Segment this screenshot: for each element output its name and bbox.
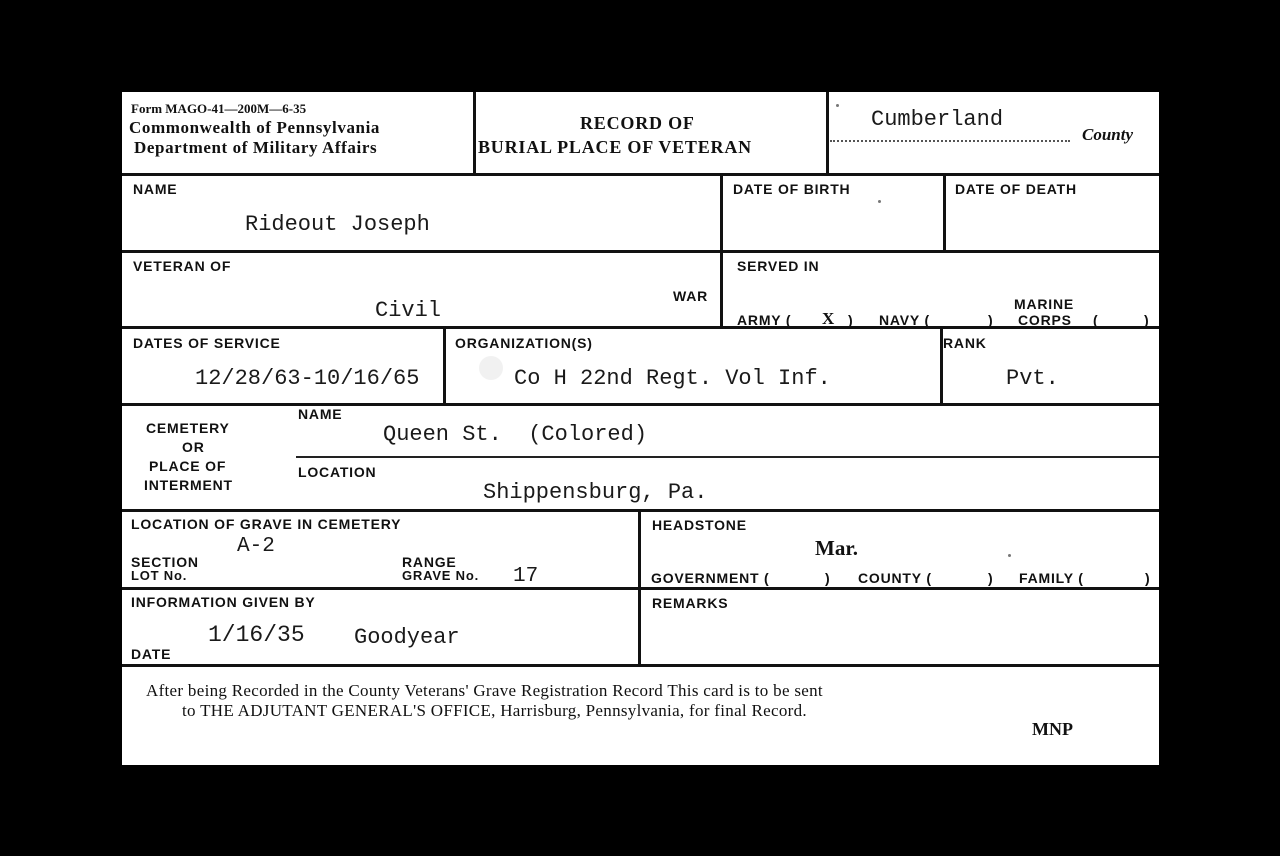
- cemetery-side-label-2: OR: [182, 440, 205, 454]
- information-given-by-value[interactable]: Goodyear: [354, 627, 460, 649]
- marine-close-paren: ): [1144, 313, 1149, 327]
- navy-label[interactable]: NAVY (: [879, 313, 930, 327]
- navy-close-paren: ): [988, 313, 993, 327]
- army-label: ARMY (: [737, 313, 791, 327]
- agency-line-1: Commonwealth of Pennsylvania: [129, 119, 380, 136]
- marine-open-paren[interactable]: (: [1093, 313, 1098, 327]
- rule-under-service: [122, 403, 1159, 406]
- date-of-birth-value[interactable]: [730, 202, 940, 250]
- marine-label-line-1: MARINE: [1014, 297, 1074, 311]
- rank-label: RANK: [943, 336, 987, 350]
- army-checkbox-mark[interactable]: X: [822, 310, 834, 327]
- form-number: Form MAGO-41—200M—6-35: [131, 102, 306, 115]
- cemetery-side-label-4: INTERMENT: [144, 478, 233, 492]
- cemetery-name-label: NAME: [298, 407, 342, 421]
- cemetery-name-value[interactable]: Queen St. (Colored): [383, 424, 647, 446]
- footer-instruction-line-2: to THE ADJUTANT GENERAL'S OFFICE, Harris…: [182, 702, 807, 719]
- date-of-birth-label: DATE OF BIRTH: [733, 182, 850, 196]
- headstone-family-option[interactable]: FAMILY (: [1019, 571, 1084, 585]
- headstone-government-option[interactable]: GOVERNMENT (: [651, 571, 770, 585]
- headstone-family-close: ): [1145, 571, 1150, 585]
- rule-under-veteran: [122, 326, 1159, 329]
- date-of-death-value[interactable]: [952, 202, 1152, 250]
- information-date-label: DATE: [131, 647, 171, 661]
- col-divider-dod: [943, 176, 946, 250]
- burial-record-card: Form MAGO-41—200M—6-35 Commonwealth of P…: [122, 92, 1159, 765]
- section-label: SECTION: [131, 555, 199, 569]
- date-of-death-label: DATE OF DEATH: [955, 182, 1077, 196]
- county-underline: [830, 140, 1070, 142]
- range-label: RANGE: [402, 555, 457, 569]
- header-divider-1: [473, 92, 476, 174]
- headstone-county-close: ): [988, 571, 993, 585]
- name-label: NAME: [133, 182, 177, 196]
- dates-of-service-label: DATES OF SERVICE: [133, 336, 281, 350]
- cemetery-location-value[interactable]: Shippensburg, Pa.: [483, 482, 707, 504]
- rule-under-name: [122, 250, 720, 253]
- information-given-by-label: INFORMATION GIVEN BY: [131, 595, 316, 609]
- agency-line-2: Department of Military Affairs: [134, 139, 377, 156]
- information-date-value[interactable]: 1/16/35: [208, 624, 305, 647]
- headstone-government-close: ): [825, 571, 830, 585]
- marine-label-line-2: CORPS: [1018, 313, 1072, 327]
- section-value[interactable]: A-2: [237, 536, 275, 557]
- lot-label: LOT No.: [131, 569, 187, 582]
- card-title-line-1: RECORD OF: [580, 114, 695, 132]
- rule-under-grave: [122, 587, 1159, 590]
- served-in-label: SERVED IN: [737, 259, 819, 273]
- remarks-label: REMARKS: [652, 596, 728, 610]
- headstone-value[interactable]: Mar.: [815, 538, 858, 559]
- organization-label: ORGANIZATION(S): [455, 336, 593, 350]
- army-close-paren: ): [848, 313, 853, 327]
- dates-of-service-value[interactable]: 12/28/63-10/16/65: [195, 368, 419, 390]
- war-label: WAR: [673, 289, 708, 303]
- grave-location-label: LOCATION OF GRAVE IN CEMETERY: [131, 517, 401, 531]
- ink-smudge: [479, 356, 503, 380]
- remarks-value[interactable]: [650, 614, 1150, 660]
- cemetery-location-label: LOCATION: [298, 465, 376, 479]
- headstone-label: HEADSTONE: [652, 518, 747, 532]
- county-label: County: [1082, 126, 1133, 143]
- col-divider-organization: [443, 329, 446, 403]
- grave-number-label: GRAVE No.: [402, 569, 479, 582]
- speck: [1008, 554, 1011, 557]
- county-value: Cumberland: [871, 109, 1003, 131]
- veteran-of-value[interactable]: Civil: [375, 300, 441, 322]
- header-bottom-rule: [122, 173, 1159, 176]
- footer-instruction-line-1: After being Recorded in the County Veter…: [146, 682, 823, 699]
- name-value[interactable]: Rideout Joseph: [245, 214, 430, 236]
- headstone-county-option[interactable]: COUNTY (: [858, 571, 932, 585]
- clerk-initials: MNP: [1032, 720, 1073, 738]
- rule-under-dates: [720, 250, 1159, 253]
- grave-number-value[interactable]: 17: [513, 566, 538, 587]
- card-title-line-2: BURIAL PLACE OF VETERAN: [478, 138, 752, 156]
- header-divider-2: [826, 92, 829, 174]
- speck: [878, 200, 881, 203]
- speck: [836, 104, 839, 107]
- veteran-of-label: VETERAN OF: [133, 259, 231, 273]
- cemetery-side-label-1: CEMETERY: [146, 421, 230, 435]
- organization-value[interactable]: Co H 22nd Regt. Vol Inf.: [514, 368, 831, 390]
- rank-value[interactable]: Pvt.: [1006, 368, 1059, 390]
- cemetery-side-label-3: PLACE OF: [149, 459, 226, 473]
- rule-under-cemetery-name: [296, 456, 1159, 458]
- rule-above-footer: [122, 664, 1159, 667]
